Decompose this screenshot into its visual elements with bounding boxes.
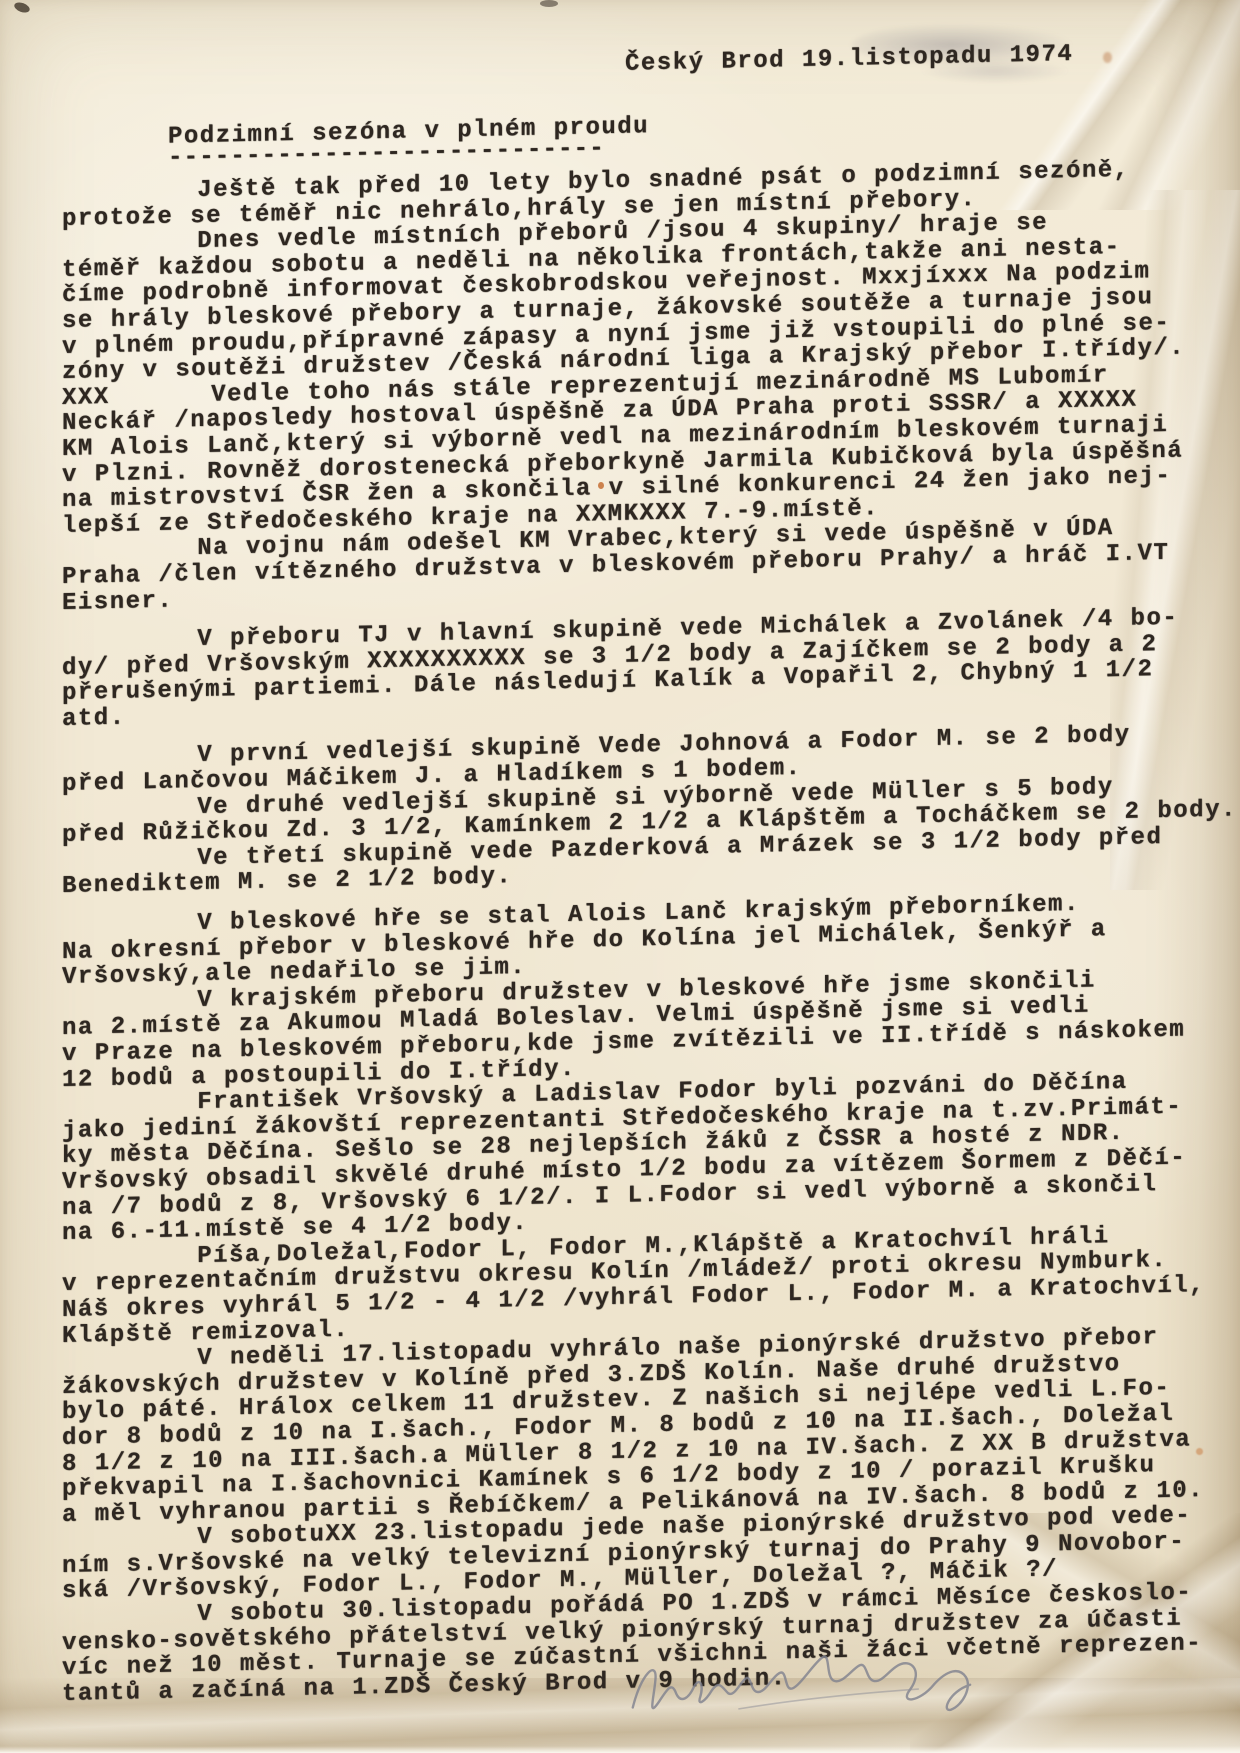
typewritten-page: Český Brod 19.listopadu 1974 Podzimní se… <box>62 39 1212 1722</box>
handwritten-signature-scribble <box>616 1628 992 1744</box>
paragraph: V bleskové hře se stal Alois Lanč krajsk… <box>62 889 1212 1707</box>
paper-speck <box>540 0 558 7</box>
paragraph: V přeboru TJ v hlavní skupině vede Michá… <box>62 605 1212 732</box>
paragraph: V první vedlejší skupině Vede Johnová a … <box>62 721 1212 900</box>
paper-edge-bottom <box>0 1746 1240 1753</box>
paragraph: Ještě tak před 10 lety bylo snadné psát … <box>62 156 1212 616</box>
